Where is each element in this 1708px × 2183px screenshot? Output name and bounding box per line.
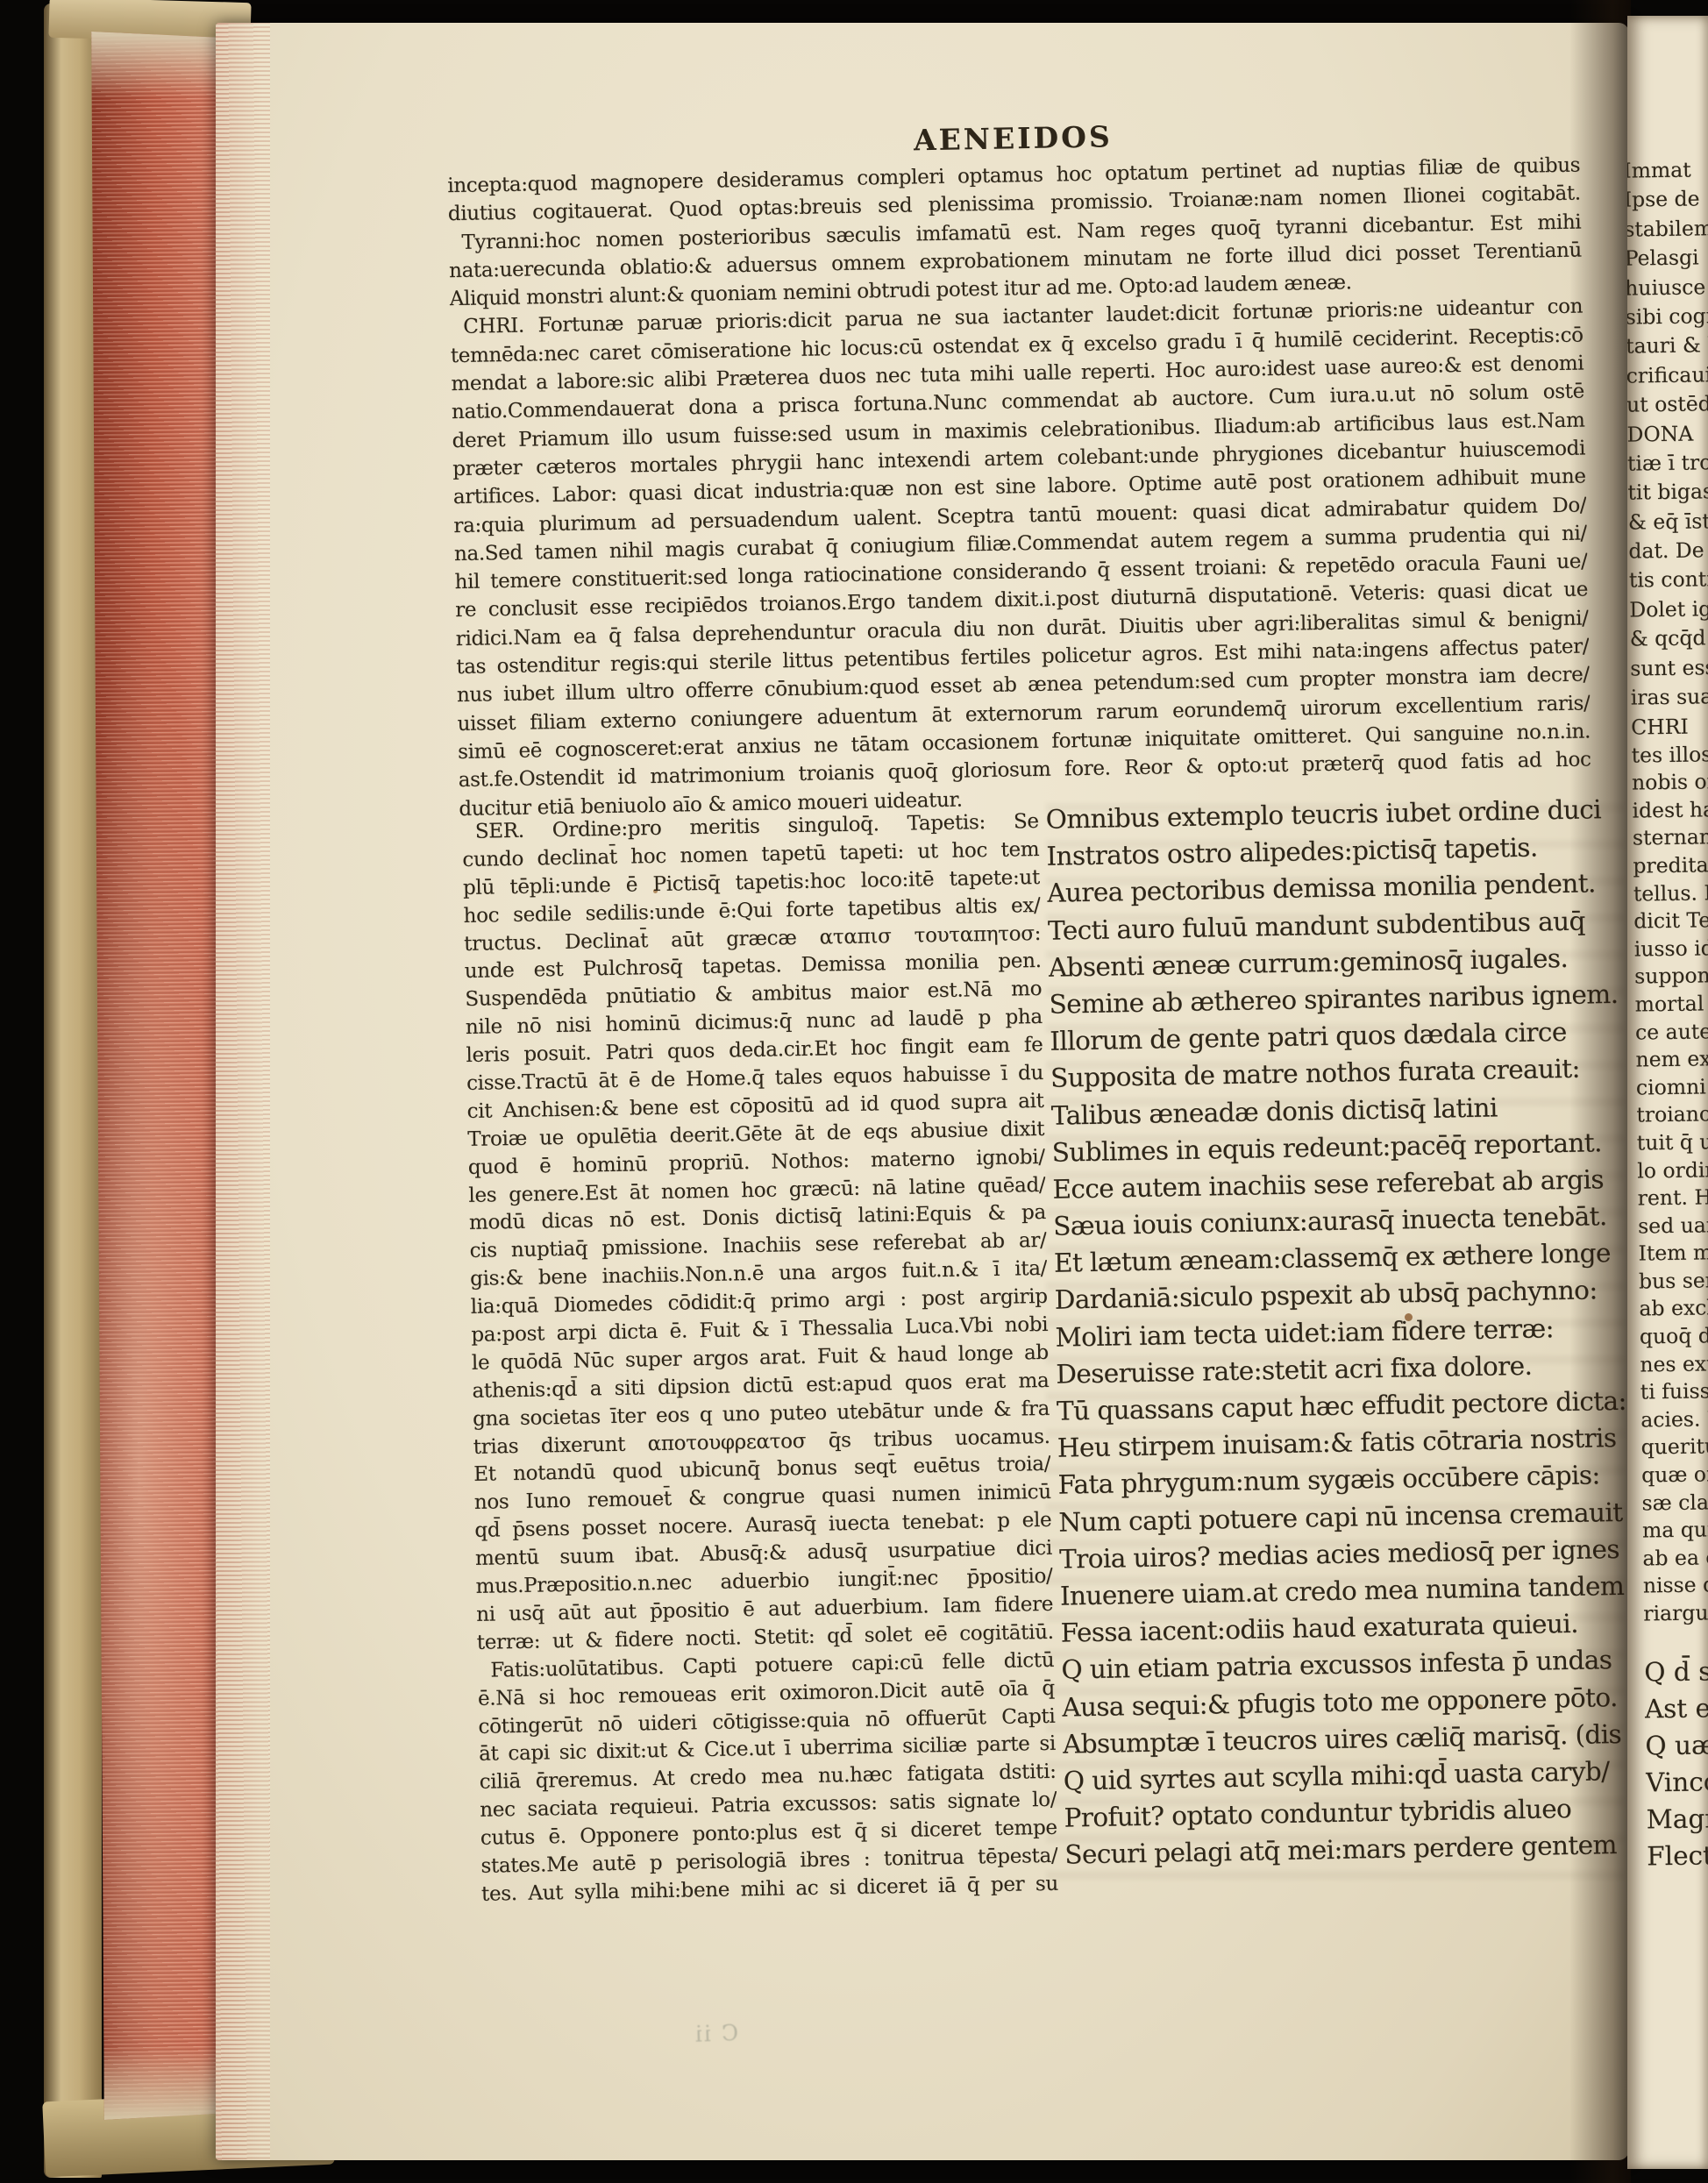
text-line: tuit q̄ ui (1637, 1128, 1708, 1157)
page-content: AENEIDOS incepta:quod magnopere desidera… (216, 23, 1629, 2160)
text-line: iusso id (1634, 935, 1708, 964)
text-line: sæ clausi (1641, 1489, 1708, 1518)
text-line: troiano (1636, 1100, 1708, 1129)
text-line: tellus. I (1633, 879, 1708, 908)
text-line: Vinco (1646, 1763, 1708, 1801)
text-line: tis contr (1629, 565, 1708, 595)
text-line: Dolet ig (1629, 594, 1708, 625)
text-line: ma quid (1642, 1516, 1708, 1545)
facing-page-verse-fragment: Q d̄ soAst eg.Q uæVincoMagnFlecte (1644, 1653, 1708, 1874)
text-line: nem ex (1635, 1045, 1708, 1074)
text-line: ut ostēd (1627, 389, 1708, 420)
text-line: lo ordin (1637, 1155, 1708, 1184)
commentary-left-column: SER. Ordine:pro meritis singuloq̄. Tapet… (462, 808, 1059, 1909)
text-line: dicit Te (1633, 907, 1708, 935)
text-line: Ipse de (1627, 184, 1708, 215)
text-line: idest hab (1632, 796, 1708, 825)
text-line: Flecte (1647, 1837, 1708, 1874)
text-line: Pelasgi (1627, 243, 1708, 274)
left-page: AENEIDOS incepta:quod magnopere desidera… (216, 23, 1629, 2160)
text-line: & qcq̄d (1630, 623, 1708, 654)
text-line: ab excla (1639, 1294, 1708, 1323)
text-line: dat. De (1628, 536, 1708, 566)
text-line: nobis of (1632, 768, 1708, 797)
text-line: sibi cogn (1627, 302, 1708, 332)
text-line: ce auter (1635, 1017, 1708, 1046)
text-line: tauri & l (1627, 331, 1708, 361)
text-line: sunt esse (1630, 653, 1708, 684)
text-line: sed uari (1638, 1212, 1708, 1241)
text-line: ab ea ob (1642, 1544, 1708, 1573)
text-line: tiæ ī tro (1627, 448, 1708, 479)
text-line: predita: (1633, 851, 1708, 880)
text-line: ti fuisse (1640, 1377, 1708, 1406)
text-line: stabilem (1627, 214, 1708, 245)
text-line: nisse qu (1643, 1571, 1708, 1600)
signature-mark-showthrough: C ii (693, 2020, 738, 2047)
text-line: nes exul (1640, 1350, 1708, 1379)
text-line: & eq̄ īstr (1628, 507, 1708, 537)
commentary-top-block: incepta:quod magnopere desideramus compl… (447, 151, 1591, 822)
text-line: Item m (1638, 1239, 1708, 1268)
verse-right-column: Omnibus extemplo teucris iubet ordine du… (1045, 791, 1629, 1874)
text-line: Magn (1646, 1800, 1708, 1838)
text-line: queritu (1640, 1433, 1708, 1461)
text-line: tes illos (1631, 741, 1708, 770)
text-line: riargum (1643, 1599, 1708, 1628)
text-line: CHRI (1631, 713, 1708, 742)
text-line: Q uæ (1645, 1726, 1708, 1764)
text-line: acies. N (1640, 1405, 1708, 1434)
text-line: tit bigas (1627, 477, 1708, 508)
facing-page-content: ImmatIpse destabilemPelasgihuiuscesibi c… (1627, 16, 1708, 2169)
text-line: bus sent (1639, 1267, 1708, 1296)
text-line: crificaui (1627, 360, 1708, 391)
gutter-shadow (1569, 0, 1631, 2183)
text-line: sternant (1633, 823, 1708, 852)
book-cover-edge (44, 4, 102, 2178)
text-line: quæ ora (1641, 1461, 1708, 1490)
facing-page-text-fragment-top: ImmatIpse destabilemPelasgihuiuscesibi c… (1627, 155, 1708, 713)
facing-page-text-fragment-middle: CHRItes illosnobis ofidest habsternantpr… (1631, 713, 1708, 1628)
text-line: DONA (1627, 419, 1708, 450)
text-line: rent. H (1637, 1184, 1708, 1212)
text-line: mortal (1634, 990, 1708, 1019)
facing-page-sliver: ImmatIpse destabilemPelasgihuiuscesibi c… (1627, 16, 1708, 2169)
text-line: Immat (1627, 155, 1708, 186)
book-photo: AENEIDOS incepta:quod magnopere desidera… (0, 0, 1708, 2183)
text-line: suppon (1634, 962, 1708, 991)
text-line: Ast eg. (1645, 1689, 1708, 1727)
text-line: ciomni (1636, 1073, 1708, 1102)
text-line: Q d̄ so (1644, 1653, 1708, 1690)
text-line: iras suas (1630, 682, 1708, 713)
text-line: quoq̄ d (1640, 1322, 1708, 1351)
text-line: huiusce (1627, 273, 1708, 303)
